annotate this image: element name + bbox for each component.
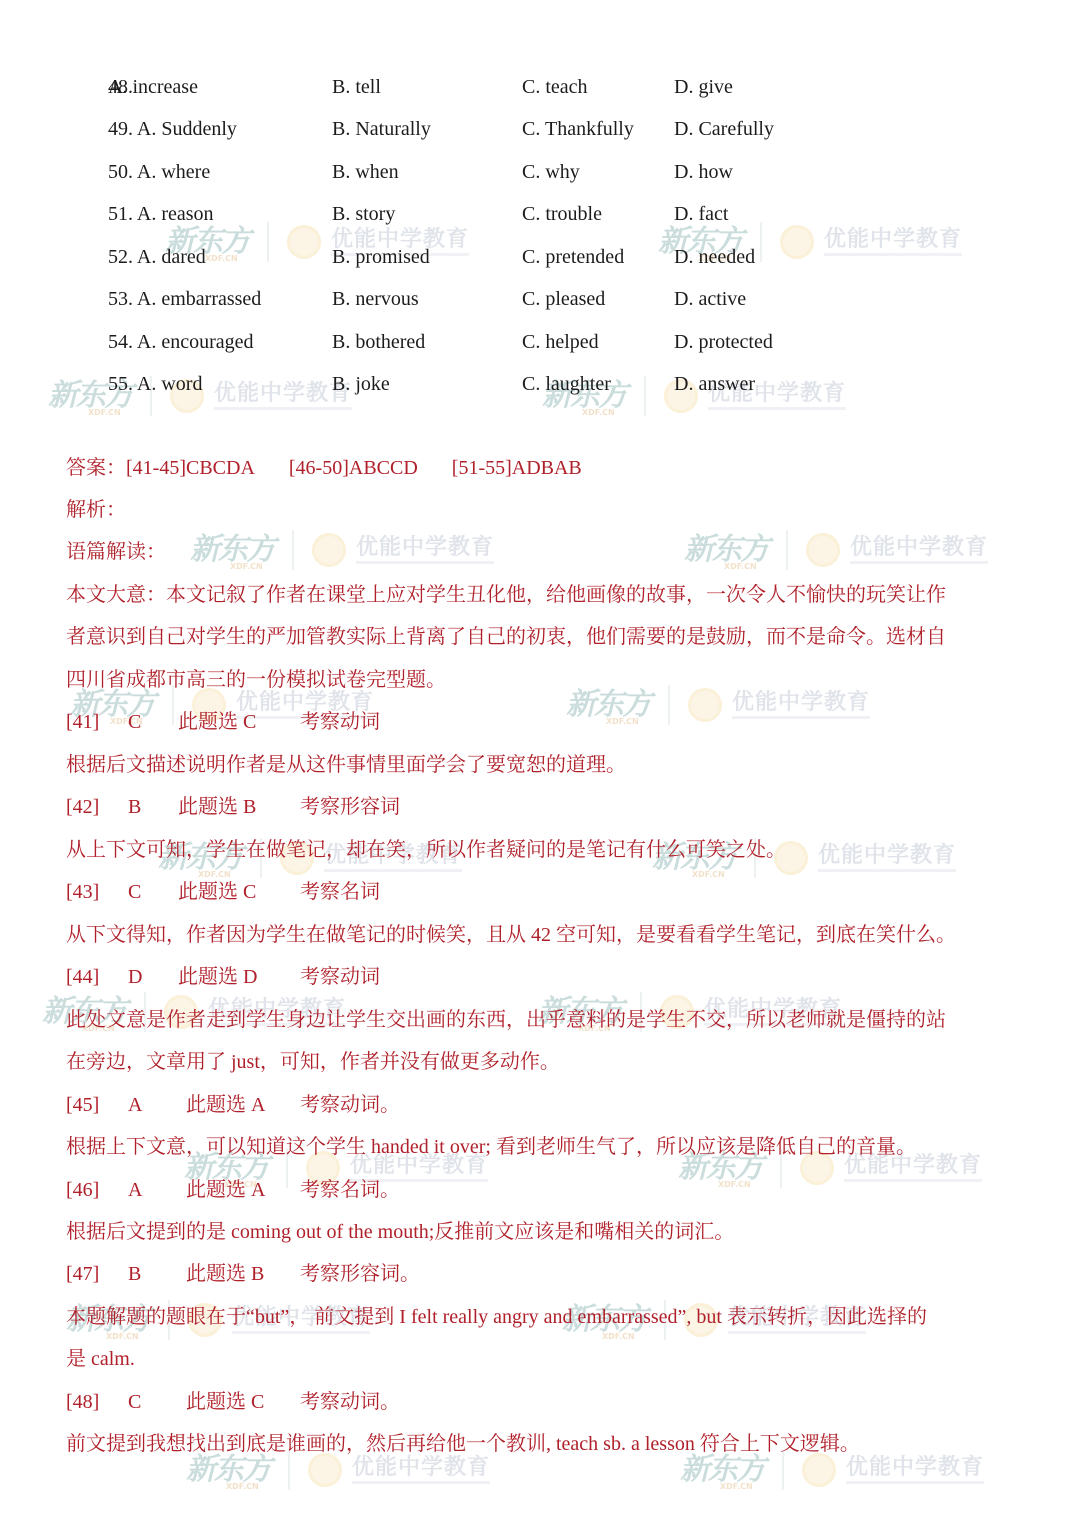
sun-logo-icon [308,1453,342,1487]
sun-logo-icon [802,1453,836,1487]
explanation-line: 根据后文描述说明作者是从这件事情里面学会了要宽恕的道理。 [66,752,626,778]
xdf-logo-icon: 新东方XDF.CN [566,690,650,720]
xdf-logo-icon: 新东方XDF.CN [186,1455,270,1485]
document-page: 新东方XDF.CN 优能中学教育 新东方XDF.CN 优能中学教育 新东方XDF… [0,0,1080,1526]
question-header: [42]B此题选 B考察形容词 [66,794,400,820]
sun-logo-icon [780,225,814,259]
xdf-logo-icon: 新东方XDF.CN [190,535,274,565]
xdf-logo-icon: 新东方XDF.CN [680,1455,764,1485]
question-header: [45]A此题选 A考察动词。 [66,1092,400,1118]
sun-logo-icon [312,533,346,567]
watermark: 新东方XDF.CN 优能中学教育 [684,530,988,570]
question-header: [47]B此题选 B考察形容词。 [66,1261,420,1287]
summary-line: 本文大意：本文记叙了作者在课堂上应对学生丑化他，给他画像的故事，一次令人不愉快的… [66,582,946,608]
explanation-line: 本题解题的题眼在于“but”， 前文提到 I felt really angry… [66,1304,927,1330]
explanation-line: 从上下文可知，学生在做笔记，却在笑，所以作者疑问的是笔记有什么可笑之处。 [66,837,786,863]
sun-logo-icon [287,225,321,259]
question-header: [43]C此题选 C考察名词 [66,879,380,905]
xdf-logo-icon: 新东方XDF.CN [684,535,768,565]
summary-line: 四川省成都市高三的一份模拟试卷完型题。 [66,667,446,693]
explanation-line: 在旁边，文章用了 just，可知，作者并没有做更多动作。 [66,1049,560,1075]
question-header: [44]D此题选 D考察动词 [66,964,380,990]
question-header: [48]C此题选 C考察动词。 [66,1389,400,1415]
explanation-line: 前文提到我想找出到底是谁画的，然后再给他一个教训, teach sb. a le… [66,1431,860,1457]
sun-logo-icon [806,533,840,567]
question-header: [46]A此题选 A考察名词。 [66,1177,400,1203]
summary-line: 者意识到自己对学生的严加管教实际上背离了自己的初衷，他们需要的是鼓励，而不是命令… [66,624,946,650]
explanation-line: 从下文得知，作者因为学生在做笔记的时候笑，且从 42 空可知，是要看看学生笔记，… [66,922,956,948]
sun-logo-icon [688,688,722,722]
answer-key: 答案：[41-45]CBCDA[46-50]ABCCD[51-55]ADBAB [66,455,582,481]
explanation-line: 根据上下文意，可以知道这个学生 handed it over; 看到老师生气了，… [66,1134,916,1160]
explanation-line: 是 calm. [66,1346,135,1372]
watermark: 新东方XDF.CN 优能中学教育 [190,530,494,570]
explanation-line: 此处文意是作者走到学生身边让学生交出画的东西，出乎意料的是学生不交，所以老师就是… [66,1007,946,1033]
explanation-line: 根据后文提到的是 coming out of the mouth;反推前文应该是… [66,1219,734,1245]
passage-label: 语篇解读： [66,539,166,565]
analysis-label: 解析： [66,497,126,523]
question-header: [41]C此题选 C考察动词 [66,709,380,735]
watermark: 新东方XDF.CN 优能中学教育 [566,685,870,725]
